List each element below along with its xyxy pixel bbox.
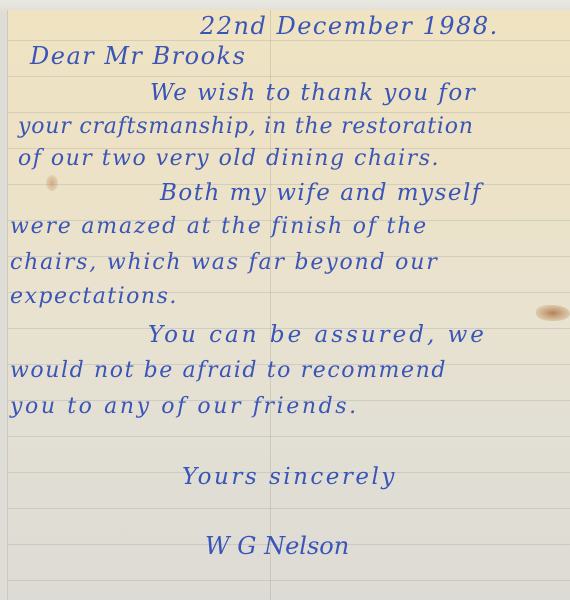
body-line: chairs, which was far beyond our xyxy=(10,250,439,275)
body-line: were amazed at the finish of the xyxy=(10,214,428,239)
rust-stain xyxy=(536,305,570,321)
ruled-line xyxy=(8,508,570,509)
body-line: We wish to thank you for xyxy=(150,80,476,106)
ruled-line xyxy=(8,76,570,77)
small-stain xyxy=(46,175,58,191)
body-line: expectations. xyxy=(10,284,178,309)
body-line: of our two very old dining chairs. xyxy=(18,146,440,171)
body-line: your craftsmanship, in the restoration xyxy=(18,114,474,139)
ruled-line xyxy=(8,40,570,41)
ruled-line xyxy=(8,436,570,437)
body-line: would not be afraid to recommend xyxy=(10,358,447,383)
letter-salutation: Dear Mr Brooks xyxy=(30,42,246,70)
ruled-line xyxy=(8,112,570,113)
letter-closing: Yours sincerely xyxy=(182,464,397,490)
body-line: you to any of our friends. xyxy=(10,394,359,419)
body-line: Both my wife and myself xyxy=(160,180,482,206)
letter-date: 22nd December 1988. xyxy=(200,12,499,40)
ruled-line xyxy=(8,580,570,581)
body-line: You can be assured, we xyxy=(148,322,487,348)
letter-signature: W G Nelson xyxy=(205,532,349,560)
